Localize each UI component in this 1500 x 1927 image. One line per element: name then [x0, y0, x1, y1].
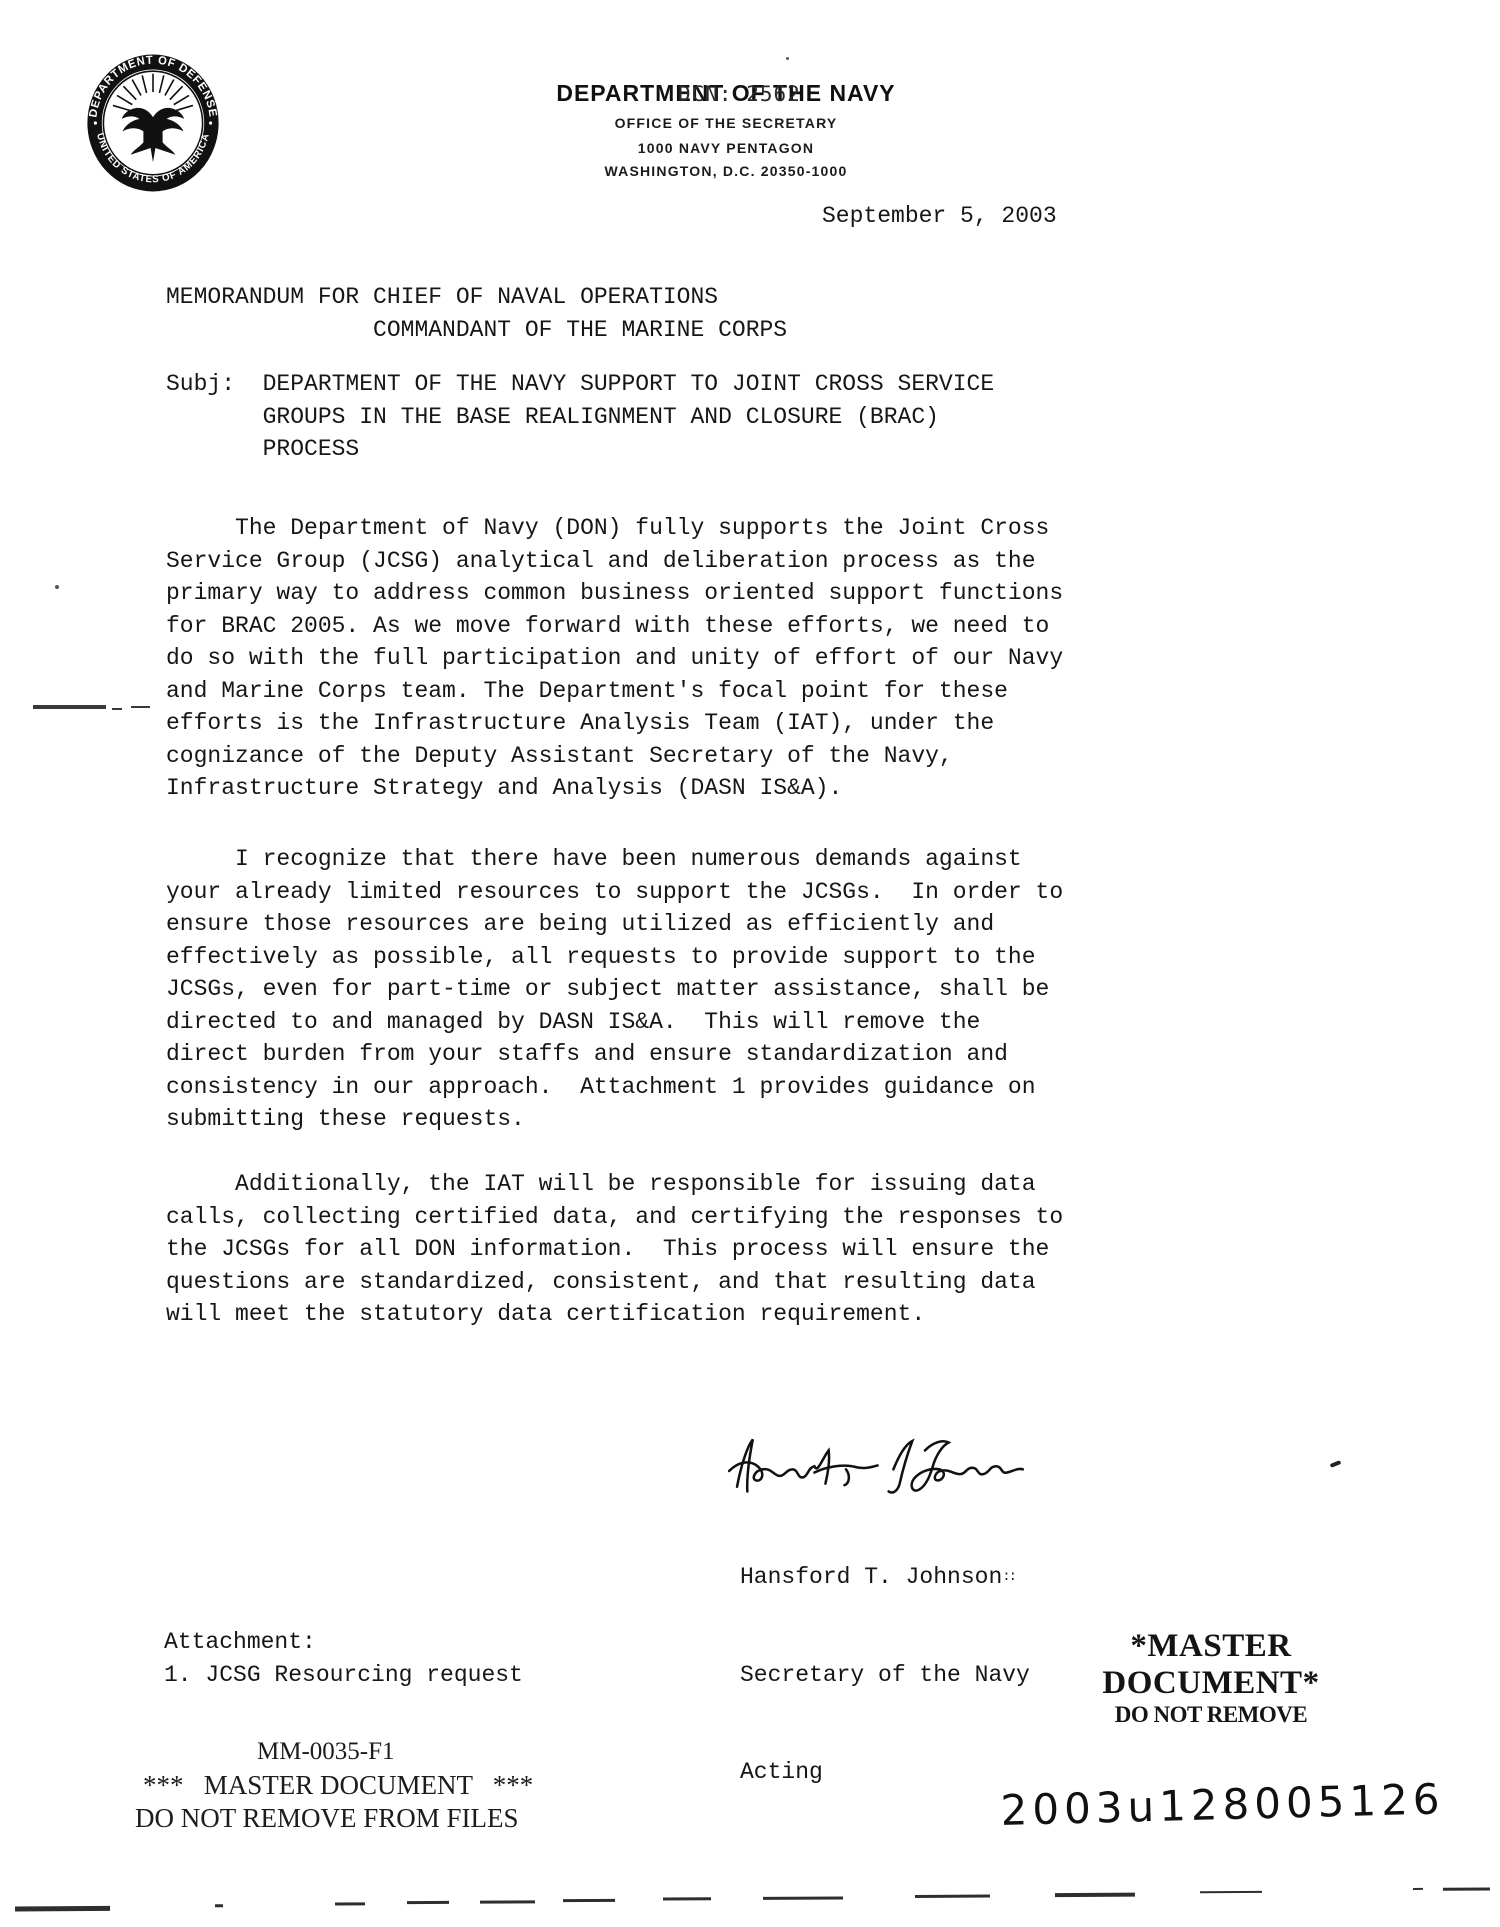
ink-speck-artifact	[1330, 1460, 1342, 1468]
handwritten-number: 2003u128005126	[1000, 1774, 1445, 1835]
scan-artifact-dot	[55, 585, 59, 589]
memo-addressees: MEMORANDUM FOR CHIEF OF NAVAL OPERATIONS…	[166, 281, 787, 346]
dcn-overlay: DCN: 2562	[678, 82, 801, 106]
footer-do-not-remove: DO NOT REMOVE FROM FILES	[135, 1803, 519, 1834]
scan-artifact-bottom-line	[15, 1885, 1490, 1914]
scan-artifact-colon: ::	[1002, 1569, 1015, 1585]
date-line: September 5, 2003	[822, 200, 1057, 233]
scan-artifact-dot2	[786, 57, 789, 60]
letterhead-office: OFFICE OF THE SECRETARY	[0, 115, 1452, 131]
memo-subject: Subj: DEPARTMENT OF THE NAVY SUPPORT TO …	[166, 368, 994, 466]
footer-code: MM-0035-F1	[257, 1738, 395, 1766]
memo-page: DEPARTMENT OF DEFENSE UNITED STATES OF A…	[0, 0, 1500, 1927]
body-paragraph-2: I recognize that there have been numerou…	[166, 843, 1063, 1136]
body-paragraph-1: The Department of Navy (DON) fully suppo…	[166, 512, 1063, 805]
scan-artifact-dash	[33, 705, 106, 709]
letterhead-address: 1000 NAVY PENTAGON	[0, 140, 1452, 156]
scan-artifact-dash-small2	[131, 706, 150, 708]
signer-title: Secretary of the Navy	[740, 1659, 1030, 1692]
attachment-block: Attachment: 1. JCSG Resourcing request	[164, 1626, 523, 1691]
footer-master-document: *** MASTER DOCUMENT ***	[143, 1770, 533, 1801]
body-paragraph-3: Additionally, the IAT will be responsibl…	[166, 1168, 1063, 1331]
master-document-stamp: *MASTER DOCUMENT* DO NOT REMOVE	[1025, 1628, 1397, 1728]
master-document-stamp-line1: *MASTER DOCUMENT*	[1025, 1628, 1397, 1702]
signer-status: Acting	[740, 1756, 1030, 1789]
master-document-stamp-line2: DO NOT REMOVE	[1025, 1702, 1397, 1728]
signer-name: Hansford T. Johnson	[740, 1564, 1002, 1590]
scan-artifact-dash-small	[112, 708, 122, 710]
signature-block: Hansford T. Johnson:: Secretary of the N…	[740, 1496, 1030, 1854]
letterhead-city: WASHINGTON, D.C. 20350-1000	[0, 163, 1452, 179]
